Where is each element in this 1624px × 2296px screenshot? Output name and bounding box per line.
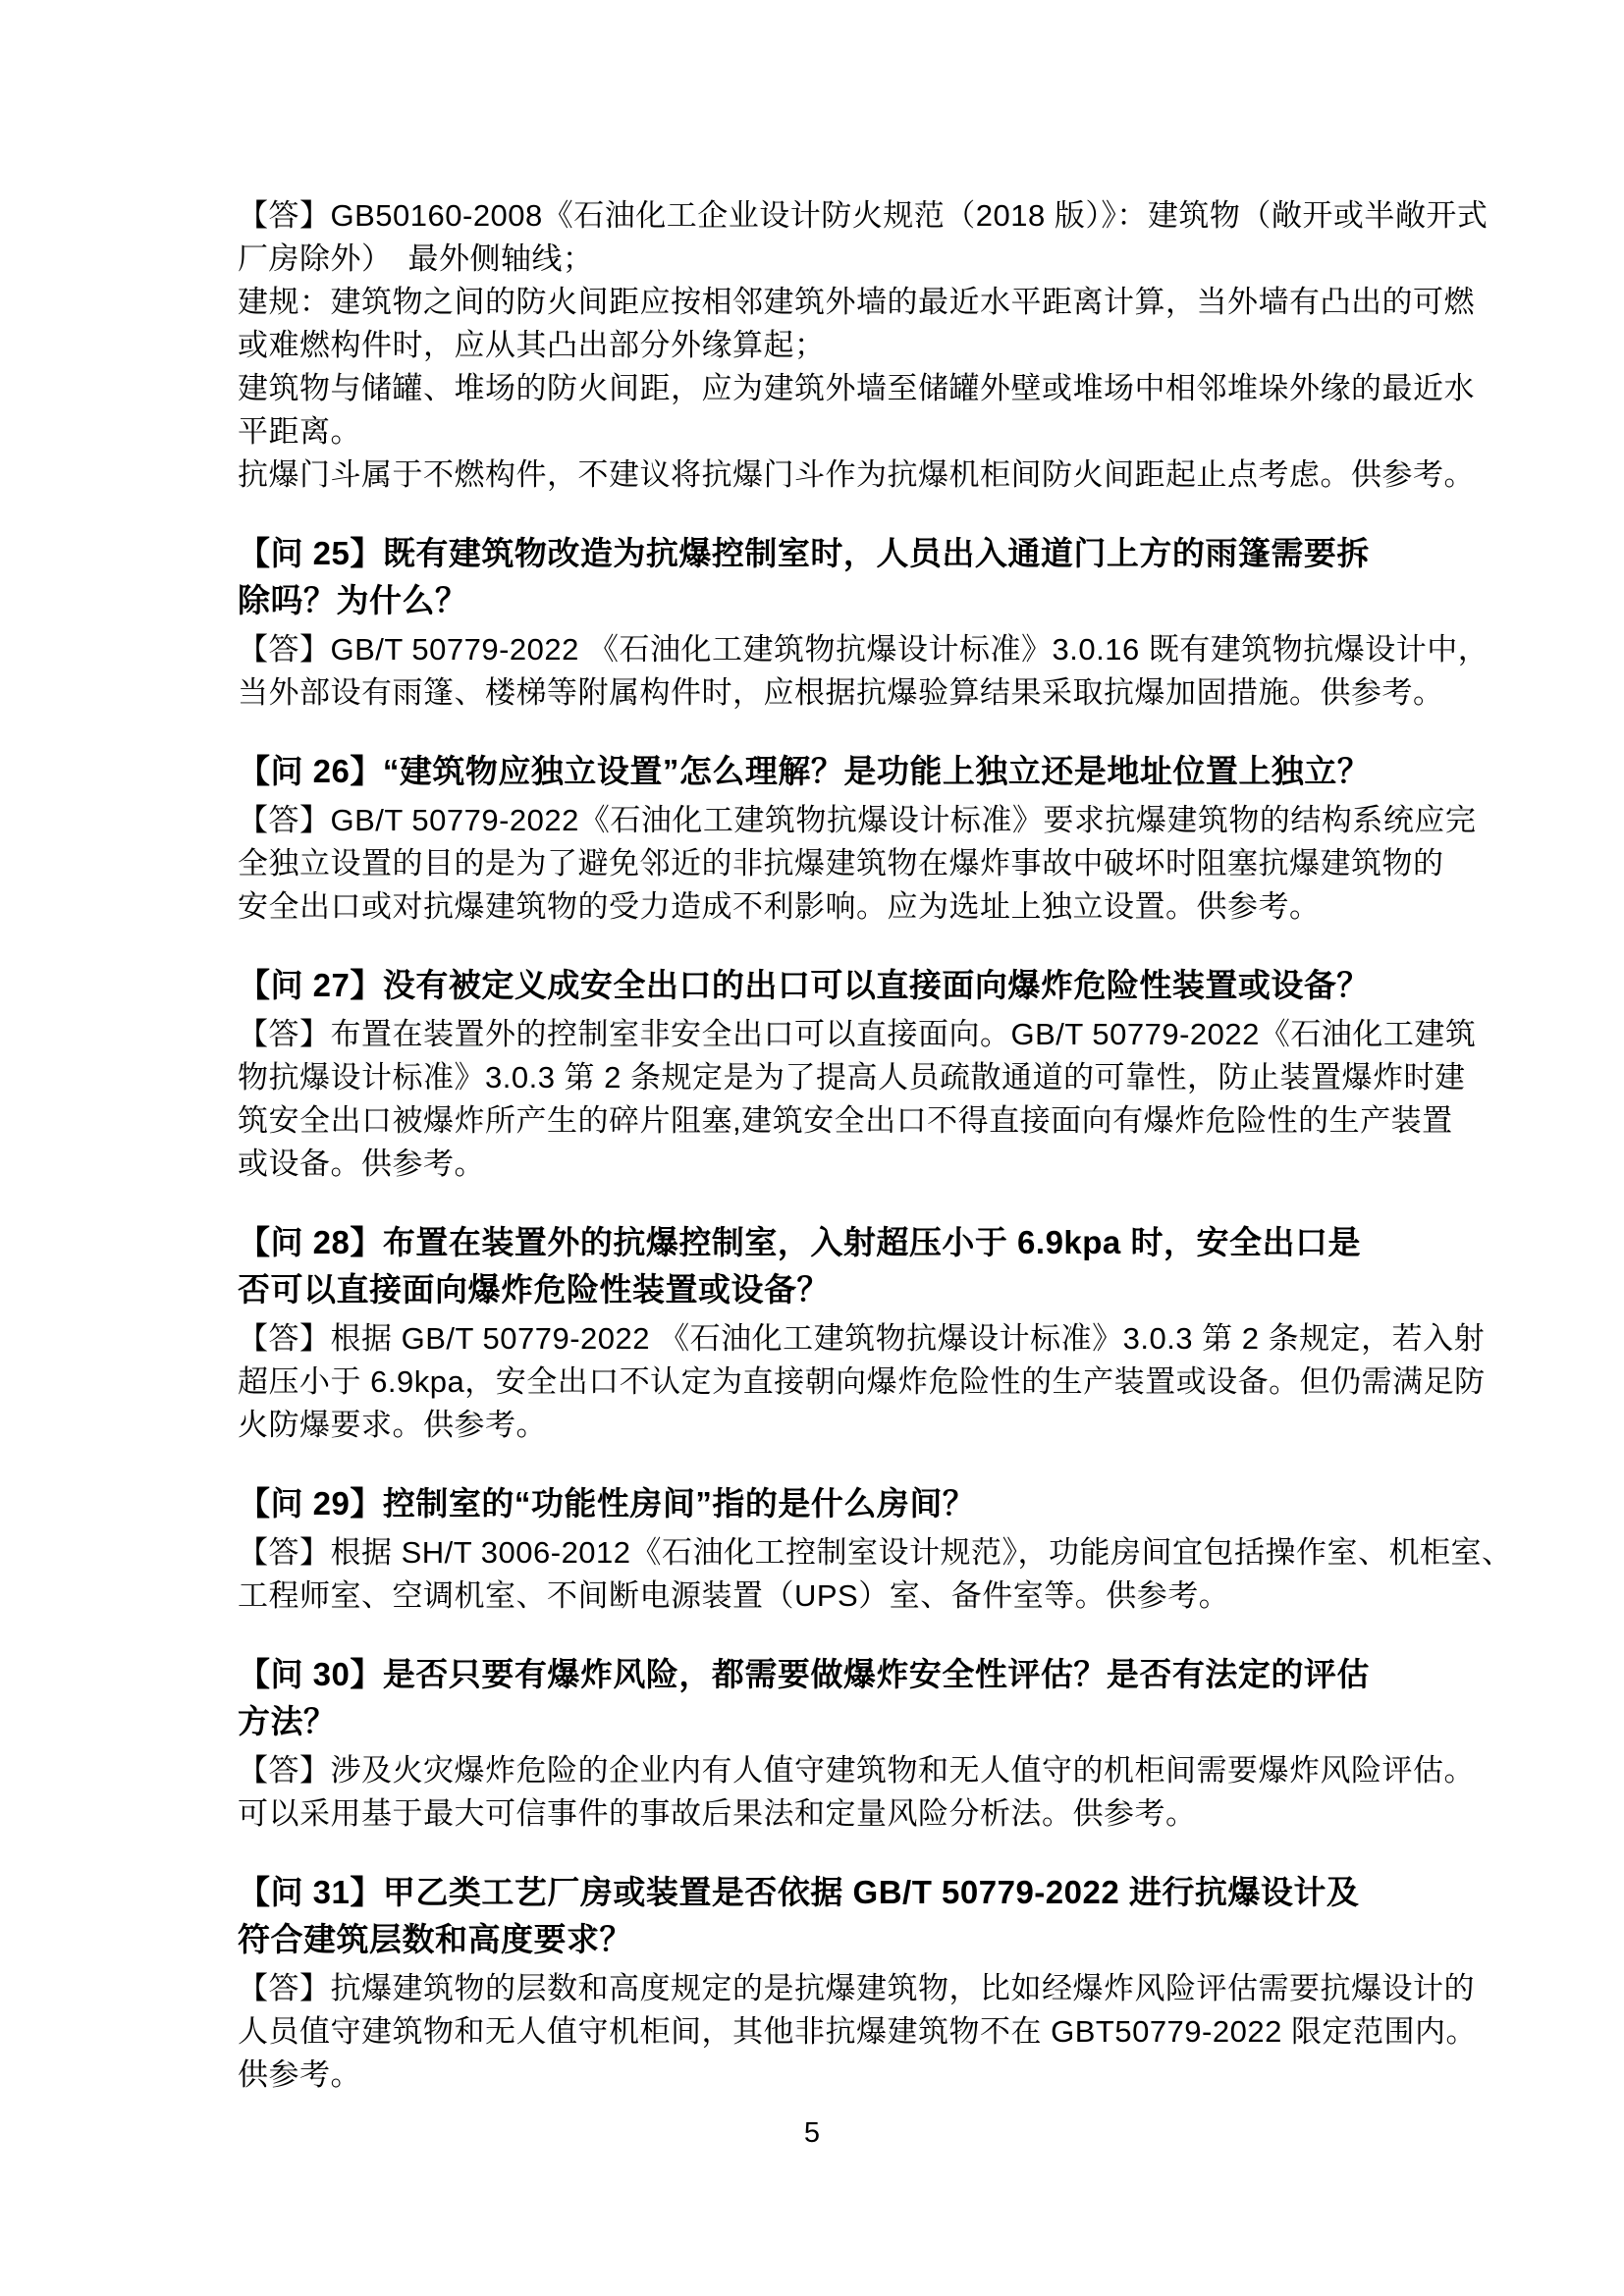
document-page: { "page": { "number": "5", "background_c… [0,0,1624,2296]
question-28-answer: 【答】根据 GB/T 50779-2022 《石油化工建筑物抗爆设计标准》3.0… [238,1317,1526,1447]
qa-section-28: 【问 28】布置在装置外的抗爆控制室，入射超压小于 6.9kpa 时，安全出口是… [238,1219,1526,1447]
qa-section-30: 【问 30】是否只要有爆炸风险，都需要做爆炸安全性评估？是否有法定的评估 方法？… [238,1651,1526,1836]
qa-section-27: 【问 27】没有被定义成安全出口的出口可以直接面向爆炸危险性装置或设备？ 【答】… [238,962,1526,1186]
question-27-answer: 【答】布置在装置外的控制室非安全出口可以直接面向。GB/T 50779-2022… [238,1013,1526,1186]
question-29-heading: 【问 29】控制室的“功能性房间”指的是什么房间？ [238,1480,1526,1527]
question-29-answer: 【答】根据 SH/T 3006-2012《石油化工控制室设计规范》，功能房间宜包… [238,1531,1526,1618]
qa-section-31: 【问 31】甲乙类工艺厂房或装置是否依据 GB/T 50779-2022 进行抗… [238,1869,1526,2097]
question-30-heading: 【问 30】是否只要有爆炸风险，都需要做爆炸安全性评估？是否有法定的评估 方法？ [238,1651,1526,1745]
question-30-answer: 【答】涉及火灾爆炸危险的企业内有人值守建筑物和无人值守的机柜间需要爆炸风险评估。… [238,1749,1526,1836]
question-25-answer: 【答】GB/T 50779-2022 《石油化工建筑物抗爆设计标准》3.0.16… [238,628,1526,715]
question-25-heading: 【问 25】既有建筑物改造为抗爆控制室时，人员出入通道门上方的雨篷需要拆 除吗？… [238,530,1526,624]
qa-section-25: 【问 25】既有建筑物改造为抗爆控制室时，人员出入通道门上方的雨篷需要拆 除吗？… [238,530,1526,715]
question-28-heading: 【问 28】布置在装置外的抗爆控制室，入射超压小于 6.9kpa 时，安全出口是… [238,1219,1526,1313]
document-content: 【答】GB50160-2008《石油化工企业设计防火规范（2018 版）》：建筑… [238,194,1526,2097]
question-27-heading: 【问 27】没有被定义成安全出口的出口可以直接面向爆炸危险性装置或设备？ [238,962,1526,1009]
question-31-answer: 【答】抗爆建筑物的层数和高度规定的是抗爆建筑物，比如经爆炸风险评估需要抗爆设计的… [238,1967,1526,2097]
qa-section-29: 【问 29】控制室的“功能性房间”指的是什么房间？ 【答】根据 SH/T 300… [238,1480,1526,1618]
question-26-answer: 【答】GB/T 50779-2022《石油化工建筑物抗爆设计标准》要求抗爆建筑物… [238,799,1526,929]
question-31-heading: 【问 31】甲乙类工艺厂房或装置是否依据 GB/T 50779-2022 进行抗… [238,1869,1526,1963]
answer-continuation: 【答】GB50160-2008《石油化工企业设计防火规范（2018 版）》：建筑… [238,194,1526,497]
question-26-heading: 【问 26】“建筑物应独立设置”怎么理解？是功能上独立还是地址位置上独立？ [238,748,1526,795]
qa-section-26: 【问 26】“建筑物应独立设置”怎么理解？是功能上独立还是地址位置上独立？ 【答… [238,748,1526,929]
page-footer: 5 [0,2116,1624,2150]
page-number: 5 [804,2117,820,2149]
